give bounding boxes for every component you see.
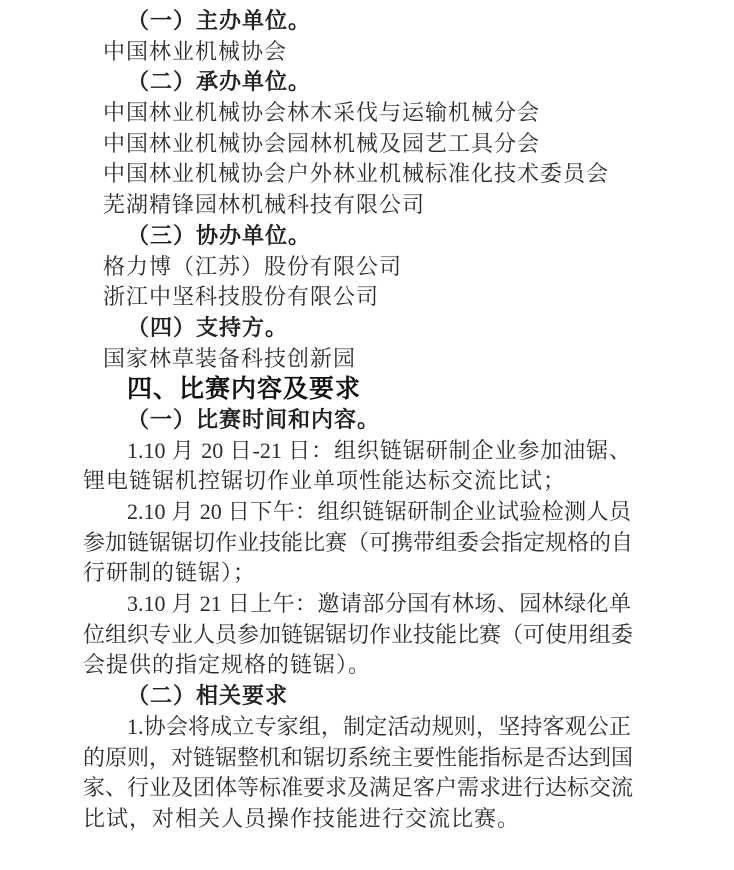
organizer-org-name: 中国林业机械协会园林机械及园艺工具分会 (83, 129, 631, 160)
subheading-supporter: （四）支持方。 (83, 313, 631, 344)
requirement-1-line: 1.协会将成立专家组，制定活动规则，坚持客观公正 (83, 712, 631, 743)
paragraph-item-3-line: 位组织专业人员参加链锯锯切作业技能比赛（可使用组委 (83, 620, 631, 651)
subheading-time-and-content: （一）比赛时间和内容。 (83, 405, 631, 436)
co-organizer-org-name: 格力博（江苏）股份有限公司 (83, 252, 631, 283)
subheading-related-requirements: （二）相关要求 (83, 681, 631, 712)
paragraph-item-1-line: 锂电链锯机控锯切作业单项性能达标交流比试； (83, 466, 631, 497)
co-organizer-org-name: 浙江中坚科技股份有限公司 (83, 282, 631, 313)
paragraph-item-1-line: 1.10 月 20 日-21 日：组织链锯研制企业参加油锯、 (83, 436, 631, 467)
paragraph-item-2-line: 2.10 月 20 日下午：组织链锯研制企业试验检测人员 (83, 497, 631, 528)
subheading-organizer-unit: （二）承办单位。 (83, 67, 631, 98)
subheading-host-unit: （一）主办单位。 (83, 6, 631, 37)
subheading-co-organizer-unit: （三）协办单位。 (83, 221, 631, 252)
requirement-1-line: 的原则，对链锯整机和锯切系统主要性能指标是否达到国 (83, 743, 631, 774)
section-heading-competition: 四、比赛内容及要求 (83, 374, 631, 405)
paragraph-item-3-line: 3.10 月 21 日上午：邀请部分国有林场、园林绿化单 (83, 589, 631, 620)
paragraph-item-3-line: 会提供的指定规格的链锯）。 (83, 650, 631, 681)
document-page: （一）主办单位。 中国林业机械协会 （二）承办单位。 中国林业机械协会林木采伐与… (0, 0, 734, 870)
organizer-org-name: 芜湖精锋园林机械科技有限公司 (83, 190, 631, 221)
paragraph-item-2-line: 行研制的链锯）； (83, 558, 631, 589)
supporter-org-name: 国家林草装备科技创新园 (83, 344, 631, 375)
organizer-org-name: 中国林业机械协会户外林业机械标准化技术委员会 (83, 159, 631, 190)
paragraph-item-2-line: 参加链锯锯切作业技能比赛（可携带组委会指定规格的自 (83, 528, 631, 559)
organizer-org-name: 中国林业机械协会林木采伐与运输机械分会 (83, 98, 631, 129)
requirement-1-line: 比试，对相关人员操作技能进行交流比赛。 (83, 804, 631, 835)
host-org-name: 中国林业机械协会 (83, 37, 631, 68)
requirement-1-line: 家、行业及团体等标准要求及满足客户需求进行达标交流 (83, 773, 631, 804)
